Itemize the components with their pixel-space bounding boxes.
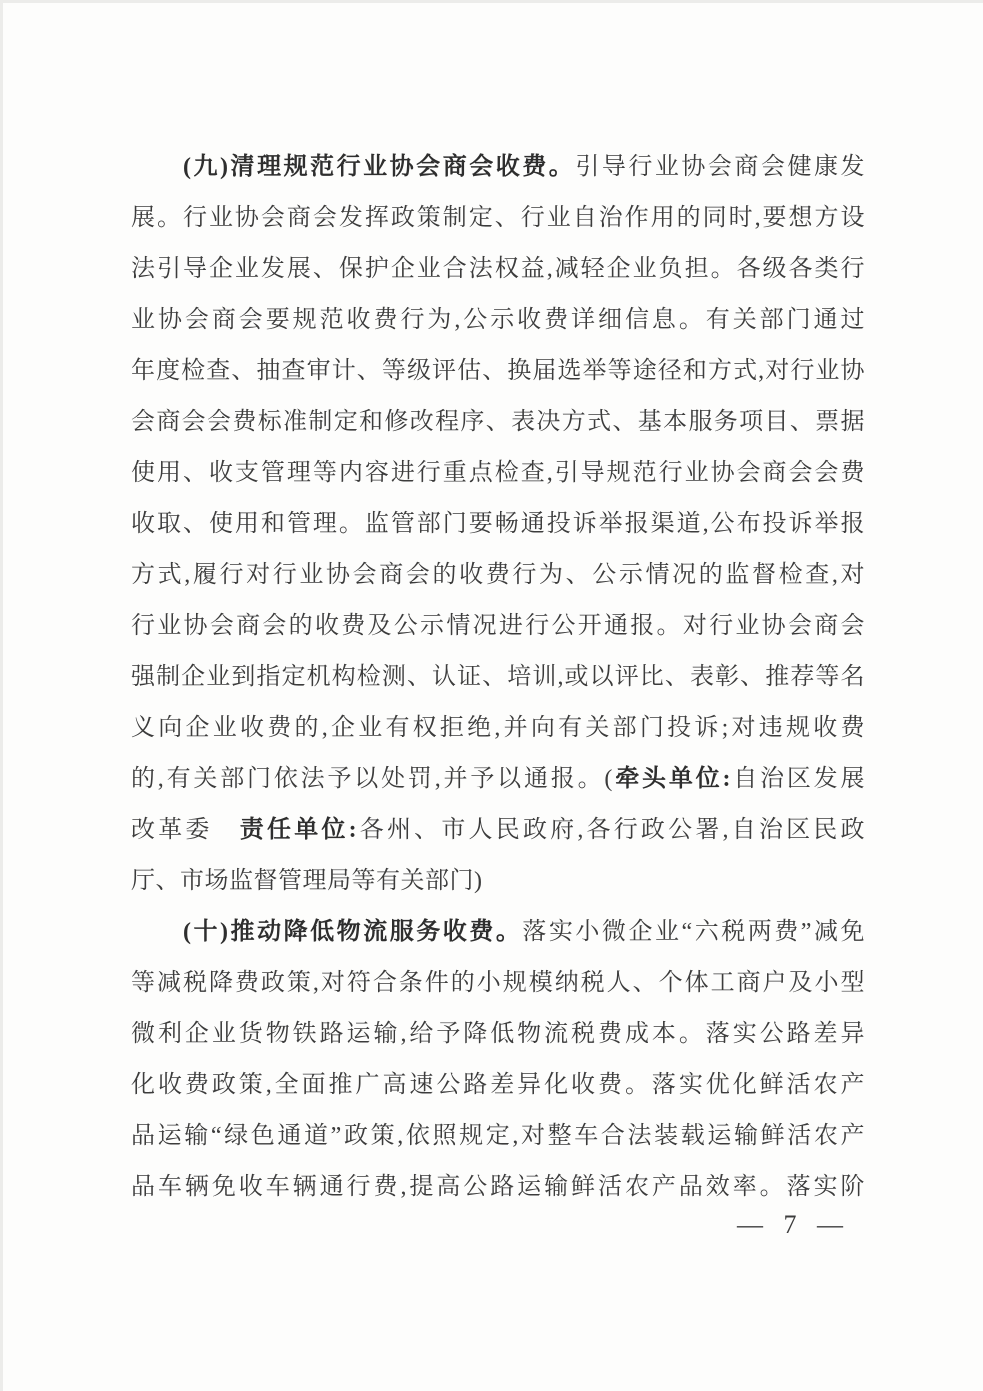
text-segment: 等减税降费政策,对符合条件的小规模纳税人、个体工商户及小型 [131, 970, 865, 996]
text-line: 年度检查、抽查审计、等级评估、换届选举等途径和方式,对行业协 [131, 346, 865, 397]
text-segment: 化收费政策,全面推广高速公路差异化收费。落实优化鲜活农产 [131, 1072, 865, 1098]
paragraph: (十)推动降低物流服务收费。落实小微企业“六税两费”减免等减税降费政策,对符合条… [131, 907, 865, 1213]
text-line: (九)清理规范行业协会商会收费。引导行业协会商会健康发 [131, 142, 865, 193]
text-line: 方式,履行对行业协会商会的收费行为、公示情况的监督检查,对 [131, 550, 865, 601]
text-segment: 微利企业货物铁路运输,给予降低物流税费成本。落实公路差异 [131, 1021, 865, 1047]
bold-text-segment: 牵头单位: [613, 766, 731, 792]
bold-text-segment: (九)清理规范行业协会商会收费。 [183, 154, 575, 180]
text-segment: 强制企业到指定机构检测、认证、培训,或以评比、表彰、推荐等名 [131, 664, 865, 690]
text-line: 展。行业协会商会发挥政策制定、行业自治作用的同时,要想方设 [131, 193, 865, 244]
text-segment: 使用、收支管理等内容进行重点检查,引导规范行业协会商会会费 [131, 460, 865, 486]
text-line: 业协会商会要规范收费行为,公示收费详细信息。有关部门通过 [131, 295, 865, 346]
text-line: 义向企业收费的,企业有权拒绝,并向有关部门投诉;对违规收费 [131, 703, 865, 754]
text-segment: 方式,履行对行业协会商会的收费行为、公示情况的监督检查,对 [131, 562, 865, 588]
text-segment: 行业协会商会的收费及公示情况进行公开通报。对行业协会商会 [131, 613, 865, 639]
text-line: 化收费政策,全面推广高速公路差异化收费。落实优化鲜活农产 [131, 1060, 865, 1111]
paragraph: (九)清理规范行业协会商会收费。引导行业协会商会健康发展。行业协会商会发挥政策制… [131, 142, 865, 907]
text-line: 厅、市场监督管理局等有关部门) [131, 856, 865, 907]
text-segment: 落实小微企业“六税两费”减免 [522, 919, 865, 945]
bold-text-segment: 责任单位: [240, 817, 357, 843]
text-line: 等减税降费政策,对符合条件的小规模纳税人、个体工商户及小型 [131, 958, 865, 1009]
text-line: 强制企业到指定机构检测、认证、培训,或以评比、表彰、推荐等名 [131, 652, 865, 703]
text-segment: 年度检查、抽查审计、等级评估、换届选举等途径和方式,对行业协 [131, 358, 865, 384]
text-segment: 厅、市场监督管理局等有关部门) [131, 868, 483, 894]
text-segment: 展。行业协会商会发挥政策制定、行业自治作用的同时,要想方设 [131, 205, 865, 231]
text-line: (十)推动降低物流服务收费。落实小微企业“六税两费”减免 [131, 907, 865, 958]
text-line: 行业协会商会的收费及公示情况进行公开通报。对行业协会商会 [131, 601, 865, 652]
text-segment: 引导行业协会商会健康发 [575, 154, 865, 180]
text-segment: 各州、市人民政府,各行政公署,自治区民政 [357, 817, 865, 843]
text-segment: 品运输“绿色通道”政策,依照规定,对整车合法装载运输鲜活农产 [131, 1123, 865, 1149]
bold-text-segment: (十)推动降低物流服务收费。 [183, 919, 522, 945]
text-segment: 业协会商会要规范收费行为,公示收费详细信息。有关部门通过 [131, 307, 865, 333]
text-segment: 的,有关部门依法予以处罚,并予以通报。( [131, 766, 613, 792]
text-segment: 改革委 [131, 817, 240, 843]
text-line: 的,有关部门依法予以处罚,并予以通报。(牵头单位:自治区发展 [131, 754, 865, 805]
text-line: 品运输“绿色通道”政策,依照规定,对整车合法装载运输鲜活农产 [131, 1111, 865, 1162]
page-number: — 7 — [737, 1205, 843, 1245]
text-line: 法引导企业发展、保护企业合法权益,减轻企业负担。各级各类行 [131, 244, 865, 295]
document-body: (九)清理规范行业协会商会收费。引导行业协会商会健康发展。行业协会商会发挥政策制… [131, 142, 865, 1213]
text-line: 使用、收支管理等内容进行重点检查,引导规范行业协会商会会费 [131, 448, 865, 499]
text-segment: 法引导企业发展、保护企业合法权益,减轻企业负担。各级各类行 [131, 256, 865, 282]
text-line: 改革委 责任单位:各州、市人民政府,各行政公署,自治区民政 [131, 805, 865, 856]
text-segment: 自治区发展 [731, 766, 865, 792]
text-segment: 义向企业收费的,企业有权拒绝,并向有关部门投诉;对违规收费 [131, 715, 865, 741]
text-line: 收取、使用和管理。监管部门要畅通投诉举报渠道,公布投诉举报 [131, 499, 865, 550]
text-line: 会商会会费标准制定和修改程序、表决方式、基本服务项目、票据 [131, 397, 865, 448]
text-line: 微利企业货物铁路运输,给予降低物流税费成本。落实公路差异 [131, 1009, 865, 1060]
text-segment: 品车辆免收车辆通行费,提高公路运输鲜活农产品效率。落实阶 [131, 1174, 865, 1200]
document-page: (九)清理规范行业协会商会收费。引导行业协会商会健康发展。行业协会商会发挥政策制… [0, 0, 983, 1391]
text-segment: 收取、使用和管理。监管部门要畅通投诉举报渠道,公布投诉举报 [131, 511, 865, 537]
text-segment: 会商会会费标准制定和修改程序、表决方式、基本服务项目、票据 [131, 409, 865, 435]
